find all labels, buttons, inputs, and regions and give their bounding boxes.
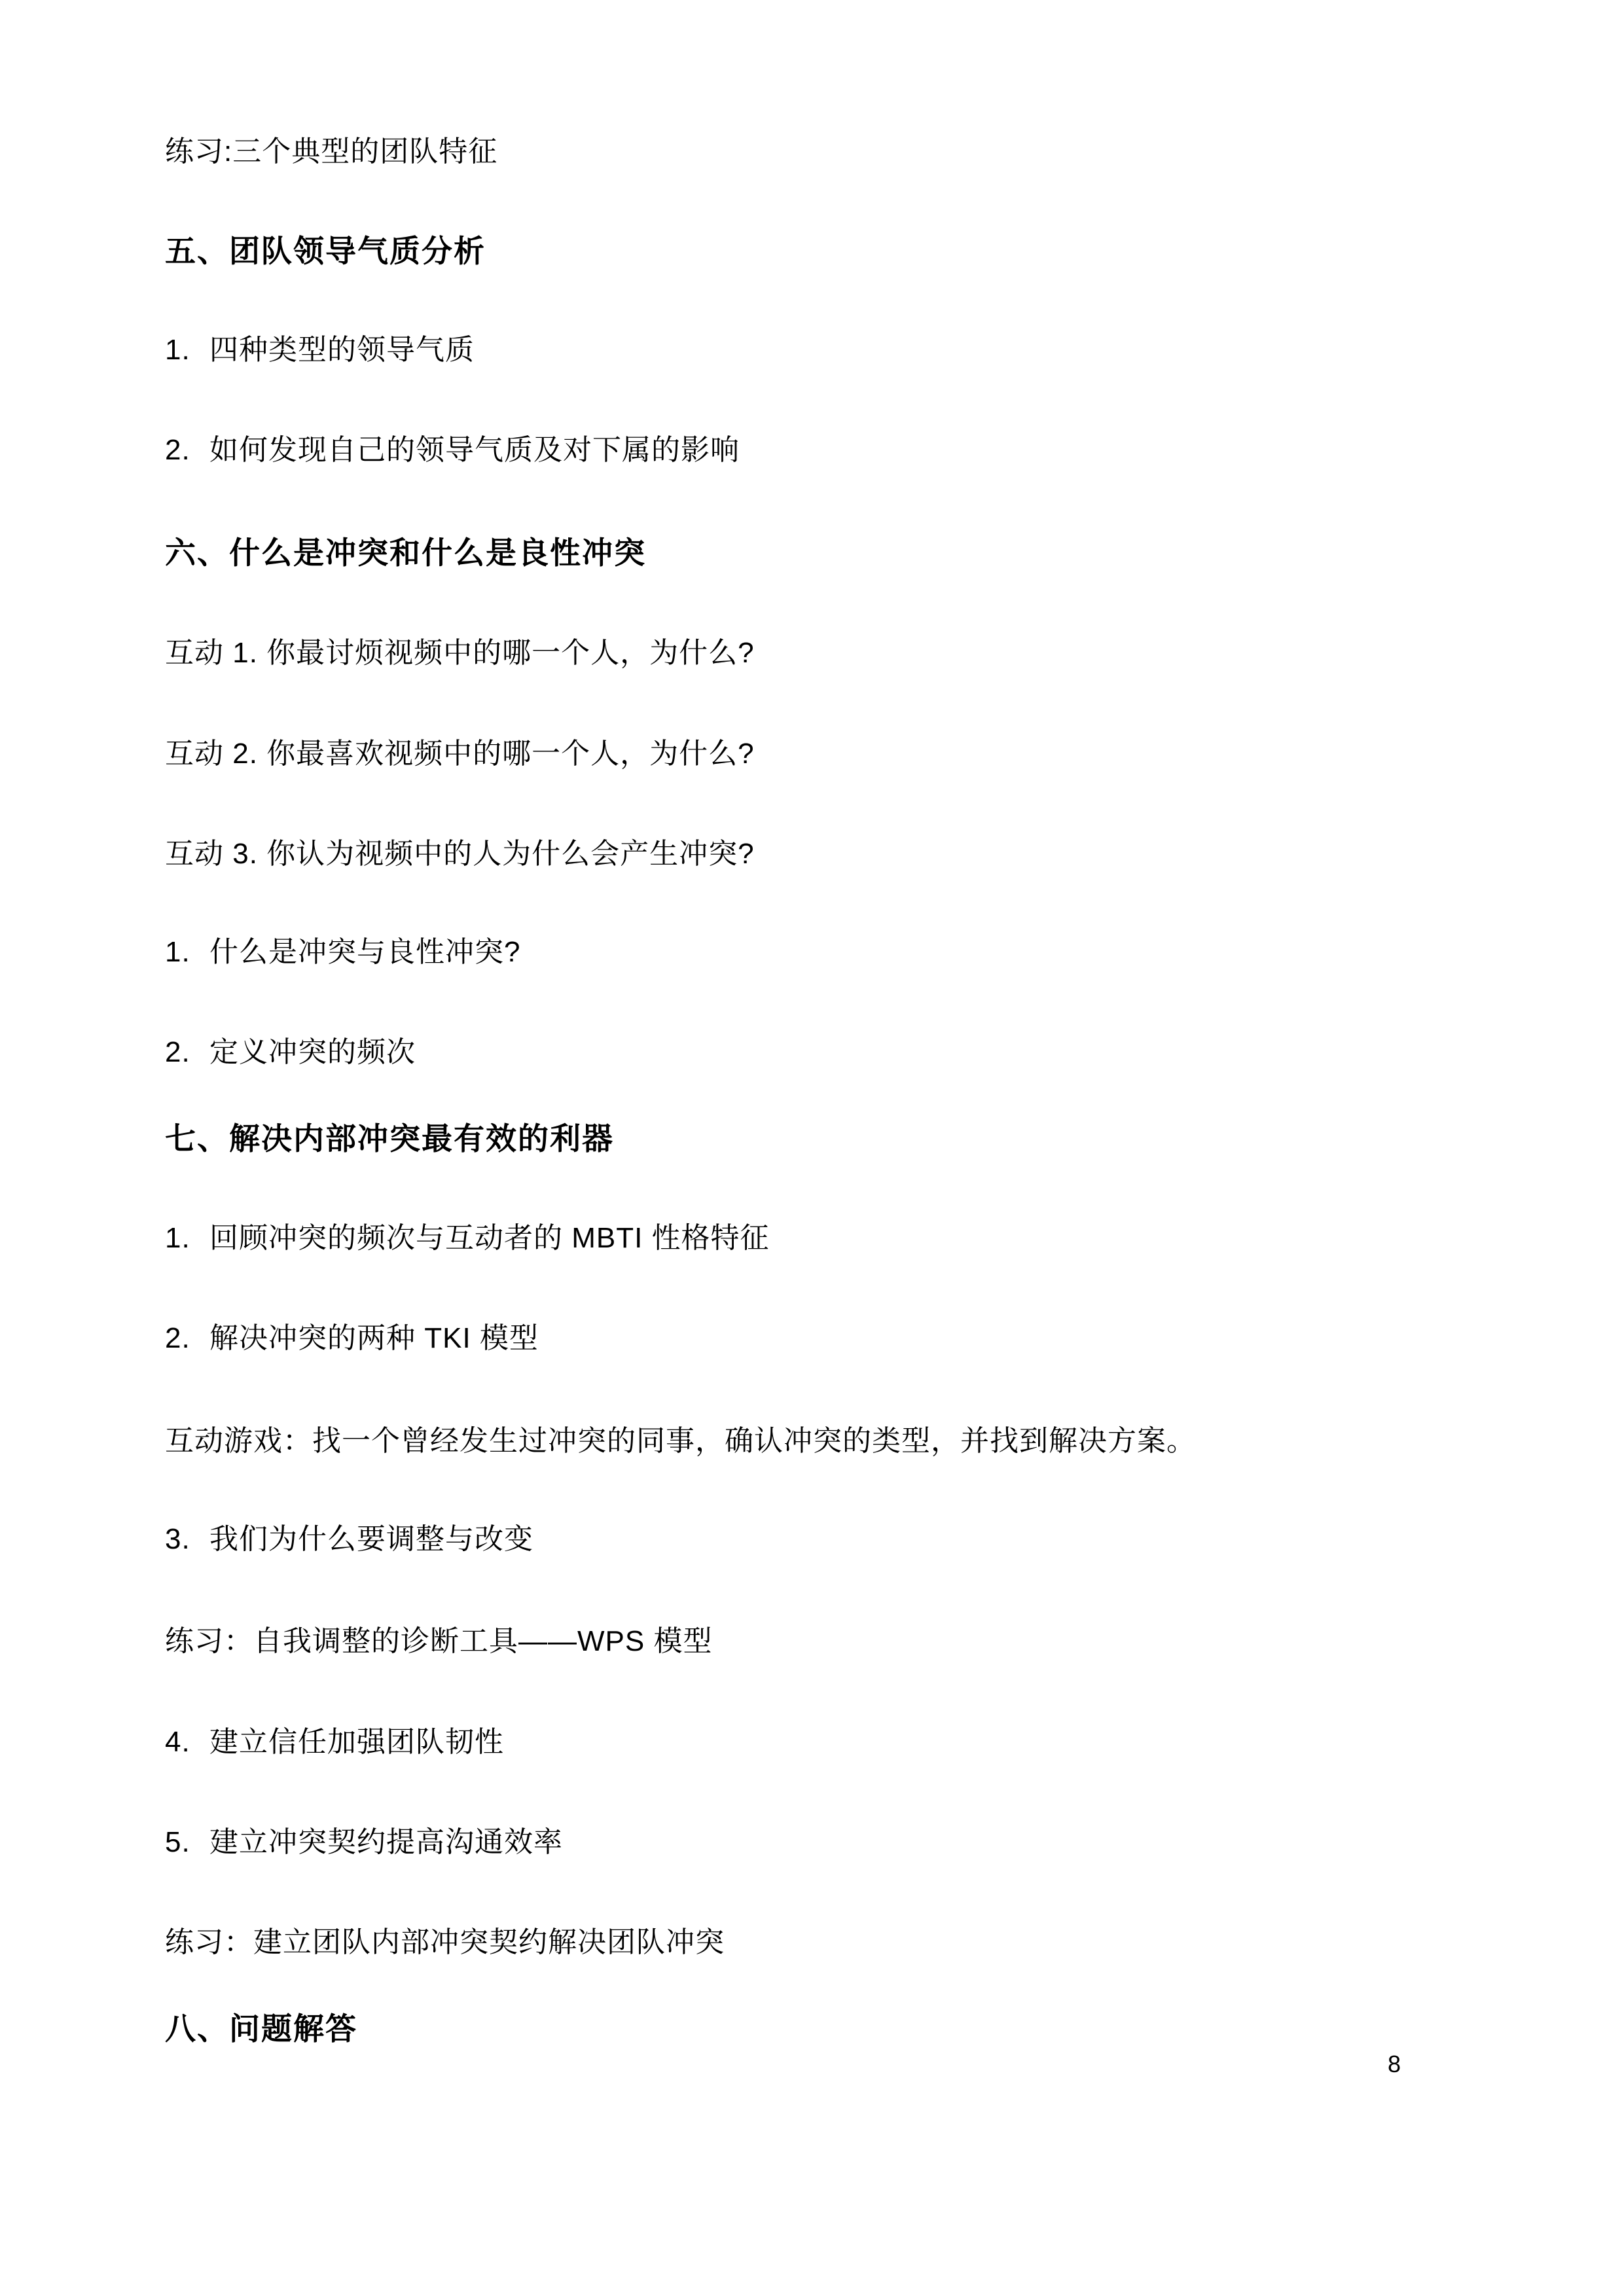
- interaction-line: 互动 3. 你认为视频中的人为什么会产生冲突?: [165, 838, 755, 871]
- list-number: 2.: [165, 1322, 209, 1355]
- numbered-item: 1.四种类型的领导气质: [165, 334, 475, 367]
- interaction-line: 互动 2. 你最喜欢视频中的哪一个人，为什么?: [165, 738, 755, 771]
- numbered-item: 2.定义冲突的频次: [165, 1036, 416, 1069]
- list-text: 建立信任加强团队韧性: [209, 1726, 504, 1758]
- list-number: 2.: [165, 434, 209, 467]
- list-text: 解决冲突的两种 TKI 模型: [209, 1322, 539, 1354]
- list-text: 定义冲突的频次: [209, 1036, 416, 1068]
- list-text: 我们为什么要调整与改变: [209, 1523, 533, 1555]
- section-heading-5: 五、团队领导气质分析: [165, 234, 486, 269]
- exercise-line: 练习：自我调整的诊断工具——WPS 模型: [165, 1625, 712, 1659]
- section-heading-6: 六、什么是冲突和什么是良性冲突: [165, 535, 646, 571]
- numbered-item: 1.什么是冲突与良性冲突?: [165, 936, 520, 969]
- list-number: 1.: [165, 936, 209, 969]
- numbered-item: 2.解决冲突的两种 TKI 模型: [165, 1322, 539, 1355]
- list-number: 2.: [165, 1036, 209, 1069]
- list-text: 如何发现自己的领导气质及对下属的影响: [209, 434, 740, 466]
- numbered-item: 4.建立信任加强团队韧性: [165, 1726, 504, 1759]
- numbered-item: 1.回顾冲突的频次与互动者的 MBTI 性格特征: [165, 1222, 770, 1255]
- numbered-item: 5.建立冲突契约提高沟通效率: [165, 1826, 563, 1859]
- interaction-game-line: 互动游戏：找一个曾经发生过冲突的同事，确认冲突的类型，并找到解决方案。: [165, 1425, 1196, 1458]
- list-number: 1.: [165, 334, 209, 367]
- list-number: 5.: [165, 1826, 209, 1859]
- section-heading-8: 八、问题解答: [165, 2011, 357, 2047]
- exercise-line: 练习：建立团队内部冲突契约解决团队冲突: [165, 1926, 725, 1960]
- list-text: 什么是冲突与良性冲突?: [209, 936, 520, 968]
- numbered-item: 2.如何发现自己的领导气质及对下属的影响: [165, 434, 740, 467]
- section-heading-7: 七、解决内部冲突最有效的利器: [165, 1121, 614, 1157]
- interaction-line: 互动 1. 你最讨烦视频中的哪一个人，为什么?: [165, 637, 755, 670]
- list-text: 四种类型的领导气质: [209, 334, 475, 366]
- numbered-item: 3.我们为什么要调整与改变: [165, 1523, 533, 1556]
- list-number: 1.: [165, 1222, 209, 1255]
- document-page: 练习:三个典型的团队特征 五、团队领导气质分析 1.四种类型的领导气质 2.如何…: [0, 0, 1624, 2296]
- list-text: 回顾冲突的频次与互动者的 MBTI 性格特征: [209, 1222, 770, 1254]
- list-number: 3.: [165, 1523, 209, 1556]
- list-number: 4.: [165, 1726, 209, 1759]
- page-number: 8: [1388, 2050, 1401, 2078]
- exercise-line: 练习:三个典型的团队特征: [165, 135, 497, 169]
- list-text: 建立冲突契约提高沟通效率: [209, 1826, 563, 1858]
